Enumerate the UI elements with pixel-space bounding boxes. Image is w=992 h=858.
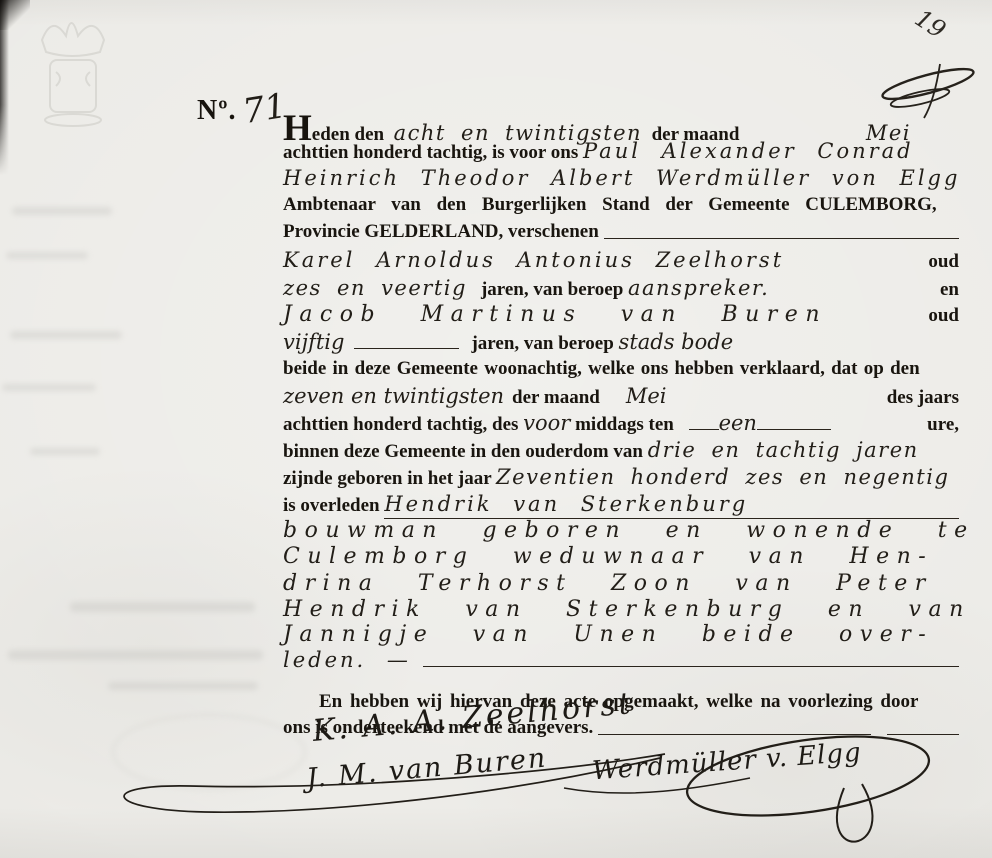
text-line: leden. — (283, 646, 959, 674)
text-line: achttien honderd tachtig, is voor ons Pa… (283, 137, 959, 165)
printed-text: jaren, van beroep (471, 330, 618, 358)
printed-text: middags ten (570, 411, 678, 439)
handwritten-text: zeven en twintigsten (283, 382, 504, 410)
handwritten-text: leden. — (283, 646, 411, 674)
fill-rule (598, 732, 871, 735)
handwritten-text: aanspreker. (628, 274, 769, 302)
text-line: Heden den acht en twintigsten der maandM… (283, 110, 959, 138)
handwritten-text: Jacob Martinus van Buren (283, 301, 827, 329)
fill-rule (887, 732, 959, 735)
text-line: zijnde geboren in het jaar Zeventien hon… (283, 463, 959, 491)
text-line: Jacob Martinus van Burenoud (283, 301, 959, 329)
text-line: Provincie GELDERLAND, verschenen (283, 218, 959, 246)
printed-text: oud (928, 302, 959, 330)
printed-text: der maand (512, 384, 600, 412)
handwritten-text-underlined: Hendrik van Sterkenburg (384, 490, 959, 519)
handwritten-text: bouwman geboren en wonende te (283, 517, 975, 545)
handwritten-text: zes en veertig (283, 274, 467, 302)
handwritten-text: Mei (626, 382, 667, 410)
text-line: Karel Arnoldus Antonius Zeelhorstoud (283, 246, 959, 274)
handwritten-text: Culemborg weduwnaar van Hen- (283, 543, 933, 571)
handwritten-text: Jannigje van Unen beide over- (283, 621, 933, 649)
handwritten-text: voor (523, 409, 570, 437)
text-line: beide in deze Gemeente woonachtig, welke… (283, 355, 959, 383)
text-line: Jannigje van Unen beide over- (283, 621, 959, 649)
handwritten-text: Zeventien honderd zes en negentig (496, 463, 949, 491)
printed-text: achttien honderd tachtig, is voor ons (283, 139, 583, 167)
text-line: Hendrik van Sterkenburg en van (283, 596, 959, 624)
handwritten-text: stads bode (619, 328, 734, 356)
text-line: is overleden Hendrik van Sterkenburg (283, 490, 959, 518)
text-line: Culemborg weduwnaar van Hen- (283, 543, 959, 571)
handwritten-text: Paul Alexander Conrad (583, 137, 914, 165)
death-certificate-scan: 19 Nº. 71 Heden den acht en twintigsten … (0, 0, 992, 858)
text-line: binnen deze Gemeente in den ouderdom van… (283, 436, 959, 464)
printed-text: binnen deze Gemeente in den ouderdom van (283, 438, 648, 466)
text-line: vijftigjaren, van beroep stads bode (283, 328, 959, 356)
text-line: zes en veertigjaren, van beroep aansprek… (283, 274, 959, 302)
fill-rule (604, 236, 959, 239)
fill-rule (757, 427, 831, 430)
printed-text: is overleden (283, 492, 384, 520)
printed-text: Ambtenaar van den Burgerlijken Stand der… (283, 191, 937, 219)
printed-text: achttien honderd tachtig, des (283, 411, 523, 439)
text-line: achttien honderd tachtig, des voor midda… (283, 409, 959, 437)
handwritten-text: Hendrik van Sterkenburg en van (283, 596, 971, 624)
handwritten-text: drie en tachtig jaren (648, 436, 919, 464)
fill-rule (423, 664, 959, 667)
handwritten-text: Heinrich Theodor Albert Werdmüller von E… (283, 164, 960, 192)
printed-text: beide in deze Gemeente woonachtig, welke… (283, 355, 920, 383)
handwritten-text: drina Terhorst Zoon van Peter (283, 570, 933, 598)
printed-text: jaren, van beroep (481, 276, 628, 304)
text-line: Heinrich Theodor Albert Werdmüller von E… (283, 164, 959, 192)
handwritten-text: Karel Arnoldus Antonius Zeelhorst (283, 246, 784, 274)
handwritten-text: vijftig (283, 328, 344, 356)
printed-text: zijnde geboren in het jaar (283, 465, 496, 493)
handwritten-text: een (719, 409, 757, 437)
printed-text: oud (928, 248, 959, 276)
fill-rule (354, 346, 459, 349)
text-line: bouwman geboren en wonende te (283, 517, 959, 545)
text-line: Ambtenaar van den Burgerlijken Stand der… (283, 191, 959, 219)
text-line: zeven en twintigstender maandMeides jaar… (283, 382, 959, 410)
printed-text: Provincie GELDERLAND, verschenen (283, 218, 604, 246)
printed-text: en (940, 276, 959, 304)
fill-rule (689, 427, 719, 430)
printed-text: ure, (927, 411, 959, 439)
printed-text: des jaars (887, 384, 959, 412)
text-line: drina Terhorst Zoon van Peter (283, 570, 959, 598)
